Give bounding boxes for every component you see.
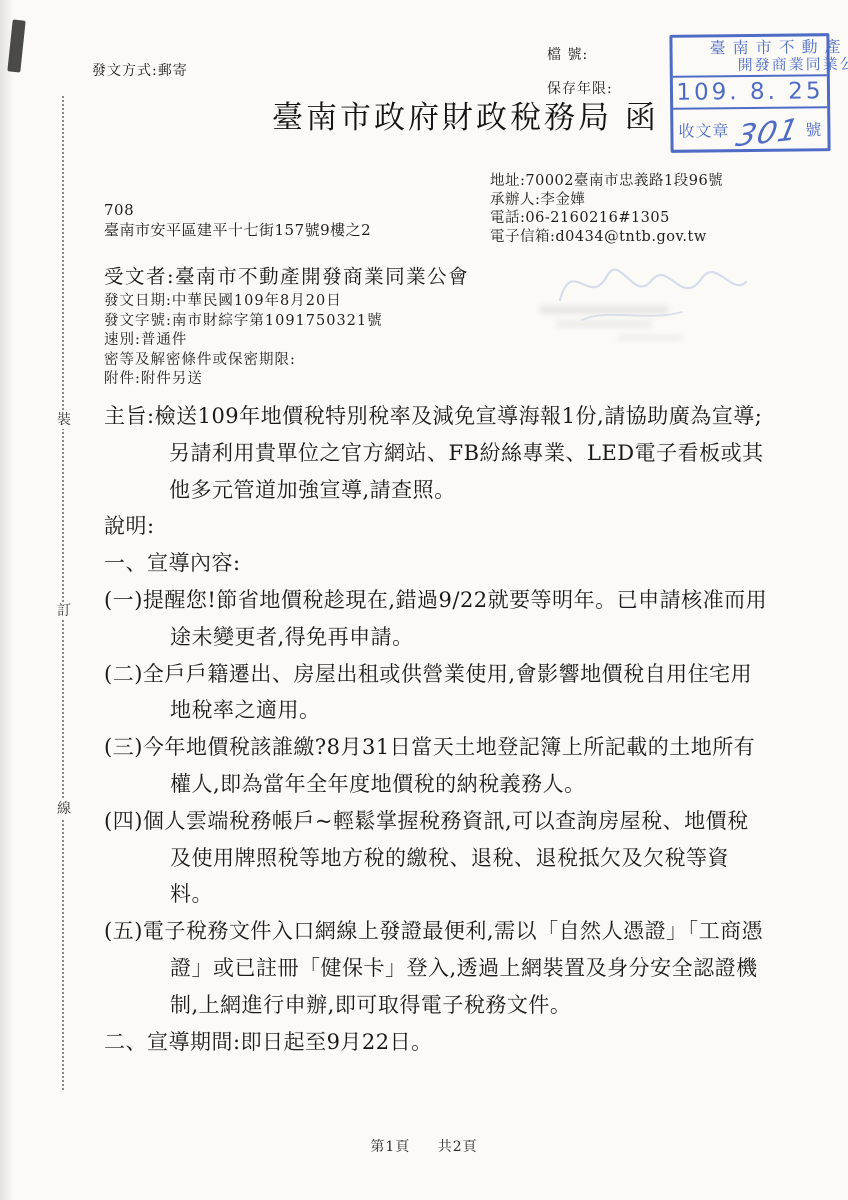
delivery-method-label: 發文方式:郵寄 [92,60,188,80]
binding-mark-top: 裝 [56,411,72,429]
total-pages-indicator: 共2頁 [438,1139,478,1155]
list-item-text: 電子稅務文件入口網線上發證最便利,需以「自然人憑證」「工商憑證」或已註冊「健保卡… [143,919,763,1017]
list-item-text: 宣導期間:即日起至9月22日。 [147,1030,433,1054]
current-page-indicator: 第1頁 [370,1139,410,1155]
document-title: 臺南市政府財政稅務局 函 [272,92,659,137]
explanation-heading: 說明: [104,508,768,545]
list-item-label: 一、 [104,551,147,575]
list-item-label: (四) [104,809,143,833]
list-item: (二)全戶戶籍遷出、房屋出租或供營業使用,會影響地價稅自用住宅用地稅率之適用。 [104,656,768,730]
list-item: 二、宣導期間:即日起至9月22日。 [104,1024,768,1061]
list-item-label: (一) [104,588,143,612]
list-item: (一)提醒您!節省地價稅趁現在,錯過9/22就要等明年。已申請核准而用途未變更者… [104,582,768,656]
issuer-address: 地址:70002臺南市忠義路1段96號 [490,172,723,191]
list-item-text: 今年地價稅該誰繳?8月31日當天土地登記簿上所記載的土地所有權人,即為當年全年度… [143,735,755,796]
issuer-contact-person: 承辦人:李金嬅 [490,191,723,210]
stamp-date: 109. 8. 25 [673,76,827,110]
subject-paragraph: 主旨:檢送109年地價稅特別稅率及減免宣導海報1份,請協助廣為宣導;另請利用貴單… [104,398,768,508]
attachment-line: 附件:附件另送 [104,370,383,390]
list-item-label: (二) [104,662,143,686]
page-footer: 第1頁 共2頁 [0,1136,848,1156]
scanned-official-letter: 裝 訂 線 發文方式:郵寄 檔 號: 保存年限: 臺南市政府財政稅務局 函 臺南… [0,0,848,1200]
speed-class-line: 速別:普通件 [104,331,383,351]
faint-handwriting-mark [552,238,752,338]
issuer-email: 電子信箱:d0434@tntb.gov.tw [490,228,723,247]
stamp-receipt-row: 收文章 301 號 [673,108,827,150]
recipient-street-address: 臺南市安平區建平十七街157號9樓之2 [104,220,371,240]
issuer-contact-block: 地址:70002臺南市忠義路1段96號 承辦人:李金嬅 電話:06-216021… [490,172,723,246]
file-number-label: 檔 號: [547,44,588,64]
receipt-stamp: 臺南市不動產 開發商業同業公會 109. 8. 25 收文章 301 號 [669,33,830,153]
document-meta-block: 發文日期:中華民國109年8月20日 發文字號:南市財綜字第1091750321… [104,292,383,390]
doc-number-line: 發文字號:南市財綜字第1091750321號 [104,312,383,332]
list-item-text: 宣導內容: [147,551,241,575]
stamp-organization: 臺南市不動產 開發商業同業公會 [672,36,826,78]
subject-text: 檢送109年地價稅特別稅率及減免宣導海報1份,請協助廣為宣導;另請利用貴單位之官… [155,404,764,502]
recipient-postal-code: 708 [104,200,371,220]
stamp-receipt-number-handwritten: 301 [733,112,802,154]
list-item: (四)個人雲端稅務帳戶~輕鬆掌握稅務資訊,可以查詢房屋稅、地價稅及使用牌照稅等地… [104,803,768,913]
subject-label: 主旨: [104,404,155,428]
issuer-phone: 電話:06-2160216#1305 [490,209,723,228]
binding-mark-bottom: 線 [56,800,72,818]
list-item-label: (五) [104,919,143,943]
stamp-number-suffix: 號 [805,117,822,140]
list-item-label: (三) [104,735,143,759]
list-item-label: 二、 [104,1030,147,1054]
issue-date-line: 發文日期:中華民國109年8月20日 [104,292,383,312]
list-item: 一、宣導內容: [104,545,768,582]
list-item: (五)電子稅務文件入口網線上發證最便利,需以「自然人憑證」「工商憑證」或已註冊「… [104,913,768,1023]
recipient-line: 受文者:臺南市不動產開發商業同業公會 [104,261,469,289]
recipient-postal-block: 708 臺南市安平區建平十七街157號9樓之2 [104,200,371,240]
binding-dotted-line [62,96,64,1090]
list-item-text: 提醒您!節省地價稅趁現在,錯過9/22就要等明年。已申請核准而用途未變更者,得免… [143,588,767,649]
scan-edge-shadow [0,0,14,1200]
stamp-org-line2: 開發商業同業公會 [738,56,825,74]
letter-body: 主旨:檢送109年地價稅特別稅率及減免宣導海報1份,請協助廣為宣導;另請利用貴單… [104,398,768,1060]
list-item-text: 個人雲端稅務帳戶~輕鬆掌握稅務資訊,可以查詢房屋稅、地價稅及使用牌照稅等地方稅的… [143,809,749,907]
security-class-line: 密等及解密條件或保密期限: [104,351,383,371]
list-item-text: 全戶戶籍遷出、房屋出租或供營業使用,會影響地價稅自用住宅用地稅率之適用。 [143,662,752,723]
scan-corner-mark [7,19,25,72]
list-item: (三)今年地價稅該誰繳?8月31日當天土地登記簿上所記載的土地所有權人,即為當年… [104,729,768,803]
binding-mark-middle: 訂 [56,602,72,620]
stamp-receipt-label: 收文章 [678,118,729,142]
